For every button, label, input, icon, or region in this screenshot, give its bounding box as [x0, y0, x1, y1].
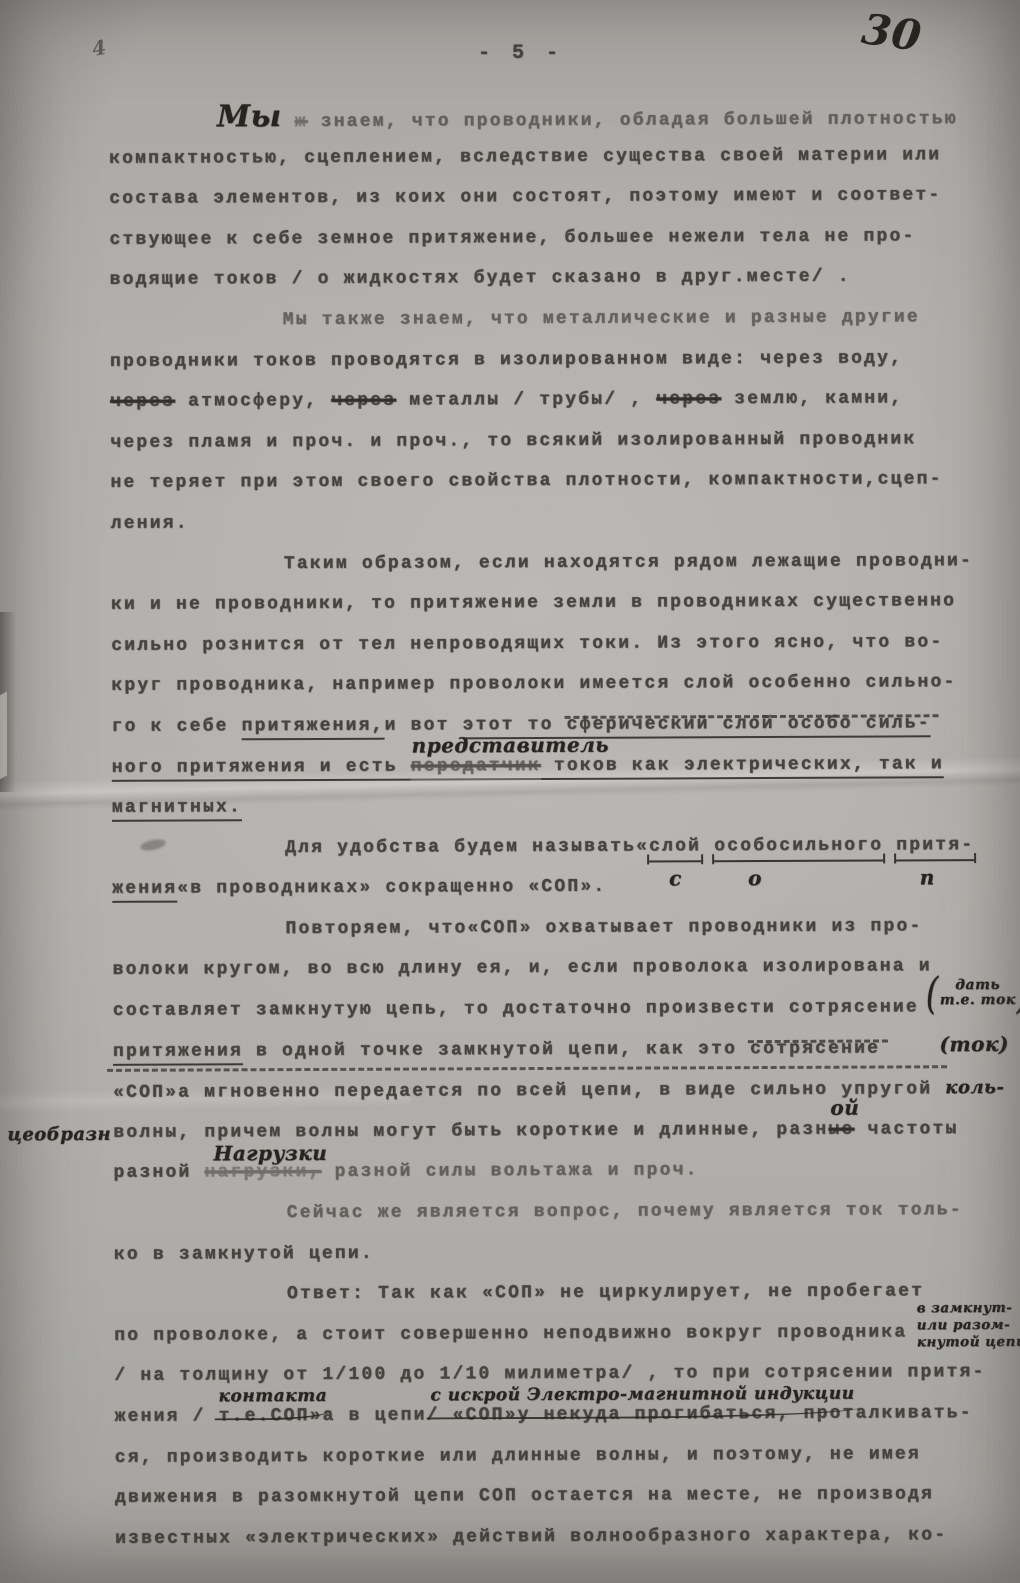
struck-word: через [656, 389, 721, 409]
typed-line: Для удобства будем называть«слойс особос… [112, 825, 968, 869]
dashed-over-text: сотрясение [750, 1038, 880, 1059]
bracketed-word: особосильногоо [714, 835, 883, 862]
margin-note-tok: (ток) [939, 1024, 1009, 1065]
struck-word: через [110, 392, 175, 412]
margin-handwritten-continuation: цеобразн [7, 1115, 111, 1156]
typed-text: землю, камни, [721, 389, 903, 410]
handwritten-insert: коль- [945, 1077, 1004, 1098]
handwritten-correction: представитель [412, 724, 610, 765]
typed-text: составляет замкнутую цепь, то достаточно… [113, 997, 919, 1021]
handwritten-note-line: дать [940, 978, 1016, 993]
underlined-text: магнитных. [112, 797, 242, 822]
handwritten-insert-iskra: с искрой Электро-магнитной индукции [426, 1374, 858, 1419]
typed-text: разной [113, 1163, 204, 1183]
bracketed-word: притя-п [896, 835, 974, 861]
typed-line: компактностью, сцеплением, вследствие су… [109, 135, 965, 179]
underlined-text: жения [112, 879, 177, 903]
typed-text: Для удобства будем называть« [285, 836, 649, 858]
handwritten-correction: Нагрузки [213, 1133, 327, 1174]
typed-line: составляет замкнутую цепь, то достаточно… [113, 987, 969, 1031]
typed-line: круг проводника, например проволоки имее… [111, 662, 967, 706]
handwritten-note-line: кнутой цепи [917, 1334, 1020, 1351]
typed-line: Повторяем, что«СОП» охватывает проводник… [112, 906, 968, 950]
typed-text: «СОП»а мгновенно передается по всей цепи… [113, 1080, 932, 1104]
typed-line: через пламя и проч. и проч., то всякий и… [110, 419, 966, 463]
folio-number-handwritten: 30 [859, 4, 925, 61]
paren-close: ) [1017, 966, 1020, 1021]
handwritten-note-line: в замкнут- [917, 1300, 1020, 1317]
underlined-text: притяжения, [242, 716, 385, 741]
typed-line: магнитных. [112, 784, 968, 828]
typed-line: ко в замкнутой цепи. [114, 1231, 970, 1275]
handwritten-insert-kontakta: контакта [214, 1376, 331, 1420]
typed-line: контакта с искрой Электро-магнитной инду… [114, 1393, 970, 1437]
typed-text: атмосферу, [175, 391, 331, 412]
typed-text: частоты [854, 1119, 958, 1139]
typed-line: Ответ: Так как «СОП» не циркулирует, не … [114, 1271, 970, 1315]
typed-line: состава элементов, из коих они состоят, … [109, 175, 965, 219]
handwritten-note-line: т.е. ток [940, 993, 1016, 1008]
typed-text: в одной точке замкнутой цепи, как это [243, 1039, 750, 1061]
typed-line: Мы также знаем, что металлические и разн… [110, 297, 966, 341]
typed-text: особосильного [714, 835, 883, 856]
underlined-text: ного притяжения и есть [112, 756, 411, 781]
typed-text: «в проводниках» сокращенно «СОП». [177, 877, 606, 899]
typed-line: ся, производить короткие или длинные вол… [115, 1434, 971, 1478]
typed-line: ствующее к себе земное притяжение, больш… [109, 216, 965, 260]
typed-text: го к себе [112, 716, 242, 737]
margin-note-text: дать т.е. ток [940, 978, 1016, 1008]
page-number: - 5 - [478, 42, 563, 65]
typed-text: слой [649, 836, 701, 856]
typed-text-block: Мы ж знаем, что проводники, обладая боль… [109, 94, 971, 1559]
typed-line: ления. [111, 500, 967, 544]
typed-line: водящие токов / о жидкостях будет сказан… [110, 257, 966, 301]
typed-line: жения«в проводниках» сокращенно «СОП». [112, 865, 968, 909]
typed-text: притя- [896, 835, 974, 855]
struck-word: через [331, 391, 396, 411]
underlined-dashed-text: сферический слой особо силь- [567, 713, 931, 739]
typed-line: проводники токов проводятся в изолирован… [110, 338, 966, 382]
handwritten-note-line: или разом- [917, 1317, 1020, 1334]
struck-letter: ж [295, 112, 308, 132]
paren-open: ( [926, 966, 939, 1021]
corner-pencil-mark: 4 [90, 35, 108, 61]
margin-note-circuit: в замкнут- или разом- кнутой цепи [917, 1300, 1020, 1351]
typed-line: по проволоке, а стоит совершенно неподви… [114, 1312, 970, 1356]
typed-line: Сейчас же является вопрос, почему являет… [114, 1190, 970, 1234]
typed-text: разной силы вольтажа и проч. [322, 1161, 699, 1183]
typed-line: ки и не проводники, то притяжение земли … [111, 581, 967, 625]
underlined-text: притяжения [113, 1041, 243, 1066]
margin-note-dat-tok: ( дать т.е. ток ) [925, 973, 1020, 1014]
handwritten-correction: ой [830, 1087, 859, 1128]
typed-line: Таким образом, если находятся рядом лежа… [111, 541, 967, 585]
typed-line: через атмосферу, через металлы / трубы/ … [110, 378, 966, 422]
bracketed-word: слойс [649, 836, 701, 862]
typed-line: ного притяжения и есть передатчикпредста… [112, 744, 968, 788]
torn-edge [0, 691, 7, 780]
typed-text: металлы / трубы/ , [396, 390, 656, 411]
typed-line: разной нагрузки,Нагрузки разной силы вол… [113, 1150, 969, 1194]
typed-text: знаем, что проводники, обладая большей п… [308, 109, 958, 132]
typed-line: известных «электрических» действий волно… [115, 1515, 971, 1559]
typed-line: Мы ж знаем, что проводники, обладая боль… [109, 94, 965, 138]
scanned-document-page: 4 - 5 - 30 Мы ж знаем, что проводники, о… [0, 0, 1020, 1583]
typed-line: сильно рознится от тел непроводящих токи… [111, 622, 967, 666]
typed-line: не теряет при этом своего свойства плотн… [110, 459, 966, 503]
typed-line: движения в разомкнутой цепи СОП остается… [115, 1474, 971, 1518]
typed-text: по проволоке, а стоит совершенно неподви… [114, 1322, 907, 1345]
typed-line: волоки кругом, во всю длину ея, и, если … [113, 947, 969, 991]
handwritten-word-my: Мы [217, 99, 282, 134]
